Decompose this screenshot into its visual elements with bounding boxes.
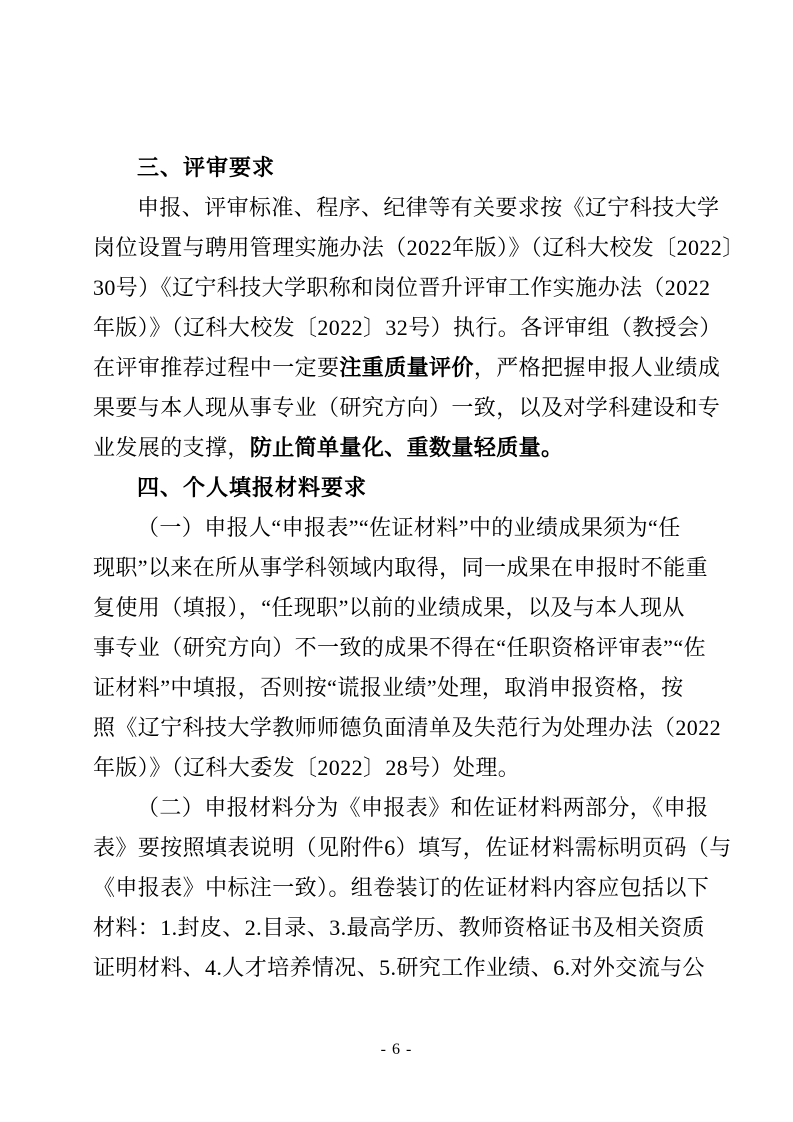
text-line: （二）申报材料分为《申报表》和佐证材料两部分，《申报 bbox=[93, 788, 705, 828]
text-run: 表》要按照填表说明（见附件6）填写，佐证材料需标明页码（与 bbox=[93, 835, 732, 860]
document-body: 三、评审要求申报、评审标准、程序、纪律等有关要求按《辽宁科技大学岗位设置与聘用管… bbox=[93, 148, 705, 988]
text-run: 证明材料、4.人才培养情况、5.研究工作业绩、6.对外交流与公 bbox=[93, 955, 705, 980]
text-run: 材料：1.封皮、2.目录、3.最高学历、教师资格证书及相关资质 bbox=[93, 915, 705, 940]
text-run: 现职”以来在所从事学科领域内取得，同一成果在申报时不能重 bbox=[93, 555, 708, 580]
text-run: 年版）》（辽科大校发〔2022〕32号）执行。各评审组（教授会） bbox=[93, 315, 722, 340]
text-run: 在评审推荐过程中一定要 bbox=[93, 355, 339, 380]
text-line: 材料：1.封皮、2.目录、3.最高学历、教师资格证书及相关资质 bbox=[93, 908, 705, 948]
emphasis-text-run: 注重质量评价 bbox=[339, 355, 473, 380]
text-run: （二）申报材料分为《申报表》和佐证材料两部分，《申报 bbox=[137, 795, 708, 820]
text-line: 照《辽宁科技大学教师师德负面清单及失范行为处理办法（2022 bbox=[93, 708, 705, 748]
text-run: ，严格把握申报人业绩成 bbox=[474, 355, 720, 380]
emphasis-text-run: 四、个人填报材料要求 bbox=[137, 475, 367, 500]
text-run: 岗位设置与聘用管理实施办法（2022年版）》（辽科大校发〔2022〕 bbox=[93, 235, 745, 260]
text-line: 证材料”中填报，否则按“谎报业绩”处理，取消申报资格，按 bbox=[93, 668, 705, 708]
text-line: 业发展的支撑，防止简单量化、重数量轻质量。 bbox=[93, 428, 705, 468]
document-page: 三、评审要求申报、评审标准、程序、纪律等有关要求按《辽宁科技大学岗位设置与聘用管… bbox=[0, 0, 793, 1122]
section-heading: 四、个人填报材料要求 bbox=[93, 468, 705, 508]
text-run: 证材料”中填报，否则按“谎报业绩”处理，取消申报资格，按 bbox=[93, 675, 684, 700]
text-run: 果要与本人现从事专业（研究方向）一致，以及对学科建设和专 bbox=[93, 395, 720, 420]
text-line: 《申报表》中标注一致）。组卷装订的佐证材料内容应包括以下 bbox=[93, 868, 705, 908]
text-run: 事专业（研究方向）不一致的成果不得在“任职资格评审表”“佐 bbox=[93, 635, 706, 660]
section-heading: 三、评审要求 bbox=[93, 148, 705, 188]
text-run: 申报、评审标准、程序、纪律等有关要求按《辽宁科技大学 bbox=[137, 195, 719, 220]
text-line: 现职”以来在所从事学科领域内取得，同一成果在申报时不能重 bbox=[93, 548, 705, 588]
text-line: 证明材料、4.人才培养情况、5.研究工作业绩、6.对外交流与公 bbox=[93, 948, 705, 988]
text-line: 在评审推荐过程中一定要注重质量评价，严格把握申报人业绩成 bbox=[93, 348, 705, 388]
text-line: 果要与本人现从事专业（研究方向）一致，以及对学科建设和专 bbox=[93, 388, 705, 428]
text-line: 岗位设置与聘用管理实施办法（2022年版）》（辽科大校发〔2022〕 bbox=[93, 228, 705, 268]
text-run: 《申报表》中标注一致）。组卷装订的佐证材料内容应包括以下 bbox=[93, 875, 709, 900]
text-line: 年版）》（辽科大校发〔2022〕32号）执行。各评审组（教授会） bbox=[93, 308, 705, 348]
text-line: 事专业（研究方向）不一致的成果不得在“任职资格评审表”“佐 bbox=[93, 628, 705, 668]
text-run: 30号）《辽宁科技大学职称和岗位晋升评审工作实施办法（2022 bbox=[93, 275, 710, 300]
text-line: （一）申报人“申报表”“佐证材料”中的业绩成果须为“任 bbox=[93, 508, 705, 548]
text-run: 照《辽宁科技大学教师师德负面清单及失范行为处理办法（2022 bbox=[93, 715, 721, 740]
emphasis-text-run: 三、评审要求 bbox=[137, 155, 275, 180]
text-line: 表》要按照填表说明（见附件6）填写，佐证材料需标明页码（与 bbox=[93, 828, 705, 868]
text-line: 30号）《辽宁科技大学职称和岗位晋升评审工作实施办法（2022 bbox=[93, 268, 705, 308]
emphasis-text-run: 防止简单量化、重数量轻质量。 bbox=[250, 435, 564, 460]
text-line: 复使用（填报），“任现职”以前的业绩成果，以及与本人现从 bbox=[93, 588, 705, 628]
text-run: （一）申报人“申报表”“佐证材料”中的业绩成果须为“任 bbox=[137, 515, 681, 540]
page-number: - 6 - bbox=[0, 1041, 793, 1059]
text-run: 年版）》（辽科大委发〔2022〕28号）处理。 bbox=[93, 755, 520, 780]
text-run: 复使用（填报），“任现职”以前的业绩成果，以及与本人现从 bbox=[93, 595, 685, 620]
text-run: 业发展的支撑， bbox=[93, 435, 250, 460]
text-line: 年版）》（辽科大委发〔2022〕28号）处理。 bbox=[93, 748, 705, 788]
text-line: 申报、评审标准、程序、纪律等有关要求按《辽宁科技大学 bbox=[93, 188, 705, 228]
